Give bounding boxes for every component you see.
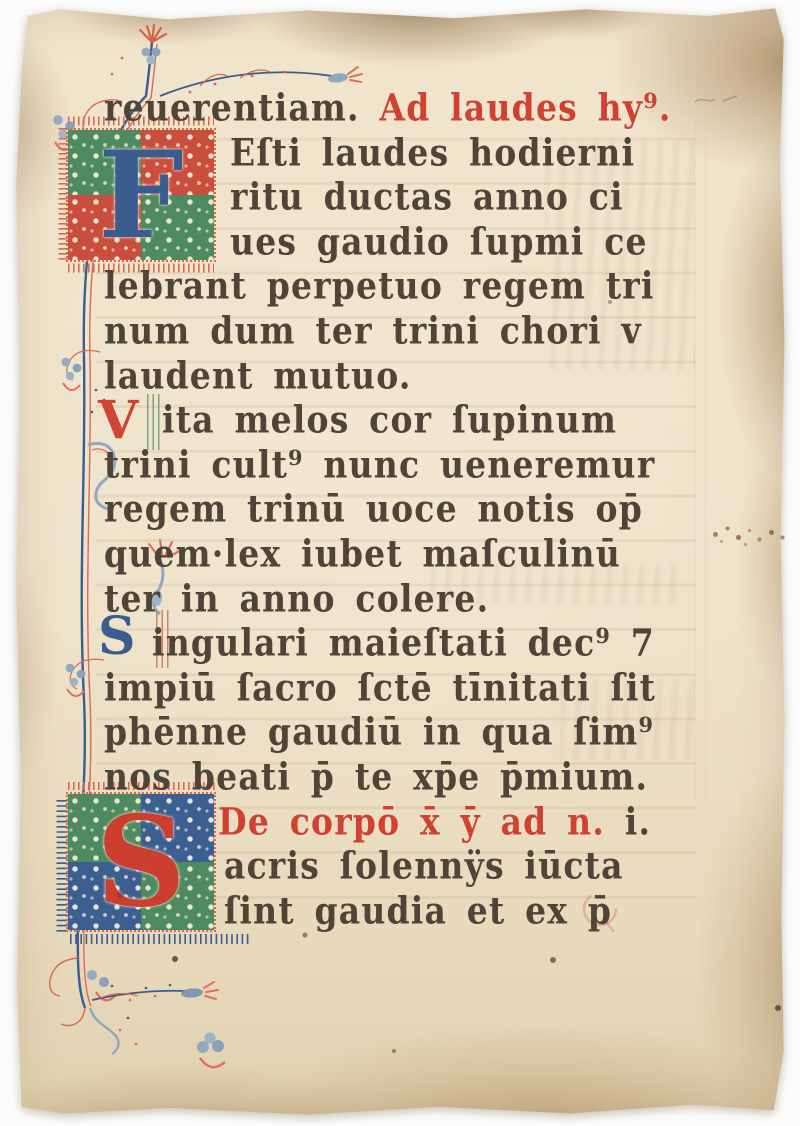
manuscript-photo: F S V S reuerentiam. Ad laudes hy⁹.Eſti …: [0, 0, 800, 1126]
text-line: ita melos cor ſupinum: [162, 398, 617, 442]
text-line: trini cult⁹ nunc ueneremur: [104, 443, 655, 487]
body-text: ues gaudio ſupmi ce: [230, 220, 648, 264]
text-line: quem·lex iubet maſculinū: [104, 532, 621, 576]
text-line: acris ſolennÿs iūcta: [224, 844, 624, 888]
text-line: De corpō x̄ ȳ ad n. i.: [218, 800, 651, 844]
text-line: ingulari maieſtati dec⁹ 7: [152, 621, 655, 665]
body-text: lebrant perpetuo regem tri: [104, 264, 655, 308]
body-text: impiū ſacro ſctē tīnitati ſit: [104, 666, 656, 710]
text-line: ter in anno colere.: [104, 577, 489, 621]
text-line: regem trinū uoce notis op̄: [104, 487, 643, 531]
text-line: nos beati p̄ te xp̄e p̄mium.: [104, 755, 648, 799]
body-text: acris ſolennÿs iūcta: [224, 844, 624, 888]
initial-letter-S-small: S: [98, 606, 136, 667]
body-text: nos beati p̄ te xp̄e p̄mium.: [104, 755, 648, 799]
body-text: Eſti laudes hodierni: [230, 131, 635, 175]
text-line: laudent mutuo.: [104, 354, 412, 398]
text-line: num dum ter trini chori v: [104, 309, 642, 353]
body-text: i.: [625, 800, 651, 844]
text-line: impiū ſacro ſctē tīnitati ſit: [104, 666, 656, 710]
text-line: phēnne gaudiū in qua ſim⁹: [104, 710, 654, 754]
text-line: ues gaudio ſupmi ce: [230, 220, 648, 264]
body-text: num dum ter trini chori v: [104, 309, 642, 353]
rubric-text: Ad laudes hy⁹.: [379, 86, 671, 130]
body-text: phēnne gaudiū in qua ſim⁹: [104, 710, 654, 754]
rubric-text: De corpō x̄ ȳ ad n.: [218, 800, 625, 844]
body-text: reuerentiam.: [104, 86, 379, 130]
body-text: regem trinū uoce notis op̄: [104, 487, 643, 531]
text-line: lebrant perpetuo regem tri: [104, 264, 655, 308]
text-line: Eſti laudes hodierni: [230, 131, 635, 175]
text-line: reuerentiam. Ad laudes hy⁹.: [104, 86, 672, 130]
text-block: reuerentiam. Ad laudes hy⁹.Eſti laudes h…: [0, 0, 800, 1126]
body-text: trini cult⁹ nunc ueneremur: [104, 443, 655, 487]
body-text: ter in anno colere.: [104, 577, 489, 621]
body-text: ritu ductas anno ci: [230, 175, 624, 219]
body-text: ingulari maieſtati dec⁹ 7: [152, 621, 655, 665]
initial-letter-V: V: [98, 390, 138, 451]
body-text: quem·lex iubet maſculinū: [104, 532, 621, 576]
body-text: ſint gaudia et ex p̄: [224, 889, 612, 933]
text-line: ſint gaudia et ex p̄: [224, 889, 612, 933]
stain-flecks: [0, 0, 3, 3]
body-text: ita melos cor ſupinum: [162, 398, 617, 442]
text-line: ritu ductas anno ci: [230, 175, 624, 219]
body-text: laudent mutuo.: [104, 354, 412, 398]
